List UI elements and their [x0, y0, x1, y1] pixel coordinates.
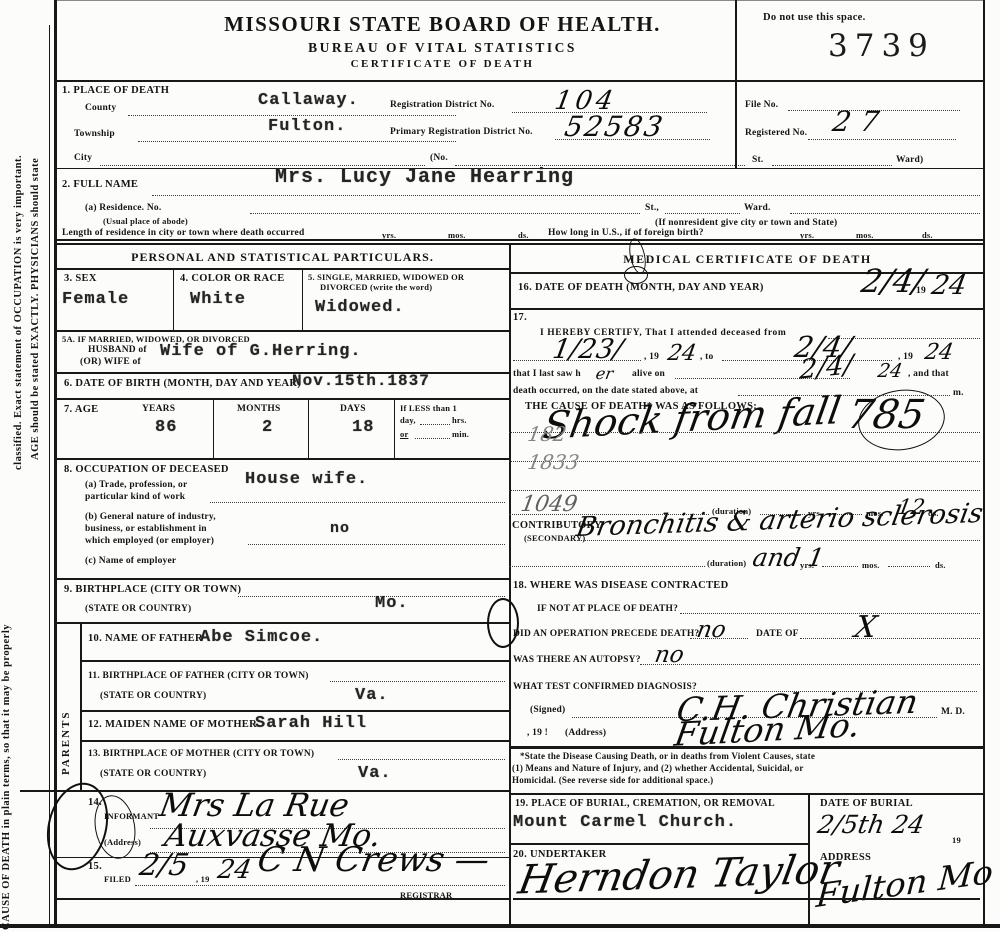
date-of-death-year: 24: [929, 270, 969, 301]
date-of-death-label: 16. DATE OF DEATH (MONTH, DAY AND YEAR): [518, 282, 764, 293]
form-border-right: [983, 0, 985, 928]
rule: [213, 398, 214, 458]
days-header: DAYS: [340, 404, 366, 414]
yrs-label: yrs.: [800, 560, 814, 570]
if-not-at-place-label: IF NOT AT PLACE OF DEATH?: [537, 604, 678, 614]
age-months-value: 2: [262, 418, 273, 437]
header-box-rule: [735, 0, 737, 80]
signed-label: (Signed): [530, 705, 565, 715]
industry-value: no: [330, 520, 350, 537]
rule: [80, 660, 510, 662]
test-label: WHAT TEST CONFIRMED DIAGNOSIS?: [513, 682, 697, 692]
personal-particulars-header: PERSONAL AND STATISTICAL PARTICULARS.: [60, 250, 505, 265]
age-label: 7. AGE: [64, 404, 98, 415]
residence-label: (a) Residence. No.: [85, 203, 161, 213]
rule: [513, 898, 980, 900]
mother-name-label: 12. MAIDEN NAME OF MOTHER: [88, 719, 257, 730]
rule: [302, 268, 303, 330]
printed-19: 19: [952, 835, 961, 845]
dotted-line: [509, 566, 705, 567]
last-saw-text-1: that I last saw h: [513, 369, 581, 379]
full-name-value: Mrs. Lucy Jane Hearring: [275, 166, 574, 189]
if-less-label: If LESS than 1: [400, 403, 457, 413]
industry-label-1: (b) General nature of industry,: [85, 512, 216, 522]
wife-of-label: (OR) WIFE of: [80, 357, 141, 367]
dotted-line: [338, 759, 505, 760]
city-label: City: [74, 153, 92, 163]
date-of-label: DATE OF: [756, 629, 799, 639]
full-name-label: 2. FULL NAME: [62, 179, 138, 190]
township-label: Township: [74, 129, 115, 139]
father-name-value: Abe Simcoe.: [200, 628, 323, 647]
do-not-use-note: Do not use this space.: [763, 12, 866, 23]
duration2-script: and 1: [750, 543, 826, 572]
age-years-value: 86: [155, 418, 177, 437]
industry-label-3: which employed (or employer): [85, 536, 214, 546]
cause-of-death-script: Shock from fall: [540, 388, 844, 447]
dotted-line: [509, 490, 980, 491]
length-residence-label: Length of residence in city or town wher…: [62, 228, 304, 238]
employer-label: (c) Name of employer: [85, 556, 176, 566]
last-saw-text-2: alive on: [632, 369, 665, 379]
dotted-line: [772, 165, 892, 166]
rule: [54, 458, 510, 460]
nonresident-note: (If nonresident give city or town and St…: [655, 218, 837, 228]
rule: [80, 710, 510, 712]
rule: [509, 843, 809, 845]
column-divider: [509, 243, 511, 924]
autopsy-label: WAS THERE AN AUTOPSY?: [513, 655, 641, 665]
section1-vertical-rule: [735, 80, 737, 168]
last-saw-text-3: , and that: [908, 369, 949, 379]
filed-year: 24: [215, 855, 253, 885]
date-of-birth-label: 6. DATE OF BIRTH (MONTH, DAY AND YEAR): [64, 378, 301, 389]
industry-label-2: business, or establishment in: [85, 524, 207, 534]
form-border-left: [54, 0, 57, 928]
min-label: min.: [452, 429, 469, 439]
md-label: M. D.: [941, 707, 965, 717]
printed-19: , 19: [644, 352, 659, 362]
rule: [54, 578, 510, 580]
form-border-top: [54, 0, 985, 1]
months-header: MONTHS: [237, 404, 280, 414]
dotted-line: [509, 461, 980, 462]
residence-ward-label: Ward.: [744, 203, 771, 213]
rule: [54, 622, 510, 624]
rule: [173, 268, 174, 330]
street-label: St.: [752, 155, 763, 165]
date-of-burial-value: 2/5th 24: [815, 810, 926, 839]
trade-label-2: particular kind of work: [85, 492, 185, 502]
last-saw-date: 2/4/: [799, 349, 854, 385]
dotted-line: [808, 139, 956, 140]
footnote-line-1: *State the Disease Causing Death, or in …: [520, 751, 815, 761]
filed-label: FILED: [104, 874, 131, 884]
margin-note-3: CAUSE OF DEATH in plain terms, so that i…: [1, 480, 12, 930]
operation-value: no: [695, 617, 728, 643]
dotted-line: [135, 885, 505, 886]
occupation-label: 8. OCCUPATION OF DECEASED: [64, 464, 229, 475]
attended-from-date: 1/23/: [550, 334, 625, 365]
dotted-line: [152, 195, 980, 196]
residence-st-label: St.,: [645, 203, 659, 213]
mother-name-value: Sarah Hill: [255, 714, 367, 733]
last-saw-her: er: [594, 364, 614, 383]
dotted-line: [822, 566, 858, 567]
signed-address-label: (Address): [565, 728, 606, 738]
margin-note-1: AGE should be stated EXACTLY. PHYSICIANS…: [30, 0, 41, 460]
township-value: Fulton.: [268, 117, 346, 136]
contributory-value: Bronchitis & arterio sclerosis: [574, 498, 986, 543]
husband-of-label: HUSBAND of: [88, 345, 147, 355]
house-no-label: (No.: [430, 153, 448, 163]
dotted-line: [128, 115, 456, 116]
marital-value: Widowed.: [315, 298, 405, 317]
or-label: or: [400, 429, 408, 439]
certify-number: 17.: [513, 312, 527, 323]
rule: [509, 793, 985, 795]
form-certificate-line: CERTIFICATE OF DEATH: [150, 58, 735, 70]
dotted-line: [250, 213, 640, 214]
place-of-burial-value: Mount Carmel Church.: [513, 813, 737, 832]
filed-19-label: , 19: [196, 874, 210, 884]
death-m-label: m.: [953, 388, 964, 398]
mother-birthplace-state-label: (STATE OR COUNTRY): [100, 769, 206, 779]
dotted-line: [888, 566, 930, 567]
date-of-birth-value: Nov.15th.1837: [292, 372, 430, 390]
to-label: , to: [700, 352, 713, 362]
header-bottom-rule: [54, 80, 985, 82]
double-rule-top: [54, 239, 985, 241]
dotted-line: [509, 432, 980, 433]
dotted-line: [690, 638, 748, 639]
filed-number: 15.: [88, 861, 102, 872]
rule: [54, 268, 510, 270]
how-long-us-label: How long in U.S., if of foreign birth?: [548, 228, 704, 238]
faint-stamp-code: 1833: [526, 450, 581, 474]
death-occurred-text: death occurred, on the date stated above…: [513, 386, 698, 396]
informant-address-label: (Address): [104, 837, 141, 847]
attended-from-year: 24: [666, 341, 698, 366]
county-value: Callaway.: [258, 91, 359, 110]
last-saw-year: 24: [876, 360, 904, 382]
mos-label: mos.: [862, 560, 880, 570]
dotted-line: [415, 438, 450, 439]
footnote-line-3: Homicidal. (See reverse side for additio…: [512, 775, 713, 785]
signed-date-label: , 19 !: [527, 728, 548, 738]
dotted-line: [210, 502, 505, 503]
hrs-label: hrs.: [452, 415, 467, 425]
rule: [54, 330, 510, 332]
years-header: YEARS: [142, 404, 175, 414]
registered-no-label: Registered No.: [745, 128, 807, 138]
footnote-line-2: (1) Means and Nature of Injury, and (2) …: [512, 763, 804, 773]
place-of-burial-label: 19. PLACE OF BURIAL, CREMATION, OR REMOV…: [515, 798, 775, 809]
form-title: MISSOURI STATE BOARD OF HEALTH.: [150, 12, 735, 37]
faint-stamp-code: 182: [526, 422, 568, 446]
dotted-line: [680, 613, 980, 614]
ds-label: ds.: [935, 560, 946, 570]
parents-label: PARENTS: [60, 655, 72, 775]
rule: [509, 746, 985, 749]
attended-to-year: 24: [923, 340, 955, 365]
dotted-line: [330, 681, 505, 682]
registration-district-label: Registration District No.: [390, 100, 494, 110]
rule: [394, 398, 395, 458]
father-birthplace-label: 11. BIRTHPLACE OF FATHER (CITY OR TOWN): [88, 671, 309, 681]
file-no-label: File No.: [745, 100, 778, 110]
dotted-line: [138, 141, 456, 142]
birthplace-value: Mo.: [375, 594, 409, 613]
trade-label-1: (a) Trade, profession, or: [85, 480, 187, 490]
sex-label: 3. SEX: [64, 273, 97, 284]
marital-label-2: DIVORCED (write the word): [320, 282, 432, 292]
death-certificate-document: AGE should be stated EXACTLY. PHYSICIANS…: [0, 0, 1000, 932]
date-of-burial-label: DATE OF BURIAL: [820, 798, 913, 809]
age-days-value: 18: [352, 418, 374, 437]
primary-district-value: 52583: [562, 110, 667, 143]
rule: [54, 372, 510, 374]
form-bureau: BUREAU OF VITAL STATISTICS: [150, 40, 735, 56]
registrar-signature: C N Crews —: [254, 840, 492, 880]
double-rule-bottom: [54, 243, 985, 245]
color-race-value: White: [190, 290, 246, 309]
filed-date: 2/5: [137, 848, 191, 883]
operation-date-value: X: [852, 610, 880, 645]
dotted-line: [575, 540, 980, 541]
dotted-line: [238, 596, 505, 597]
rule: [54, 898, 510, 900]
dotted-line: [420, 424, 450, 425]
dotted-line: [800, 638, 980, 639]
operation-label: DID AN OPERATION PRECEDE DEATH?: [513, 629, 699, 639]
father-name-label: 10. NAME OF FATHER: [88, 633, 203, 644]
undertaker-address-label: ADDRESS: [820, 852, 871, 863]
birthplace-label: 9. BIRTHPLACE (CITY OR TOWN): [64, 584, 241, 595]
father-birthplace-state-label: (STATE OR COUNTRY): [100, 691, 206, 701]
rule: [509, 308, 985, 310]
dotted-line: [640, 664, 980, 665]
sex-value: Female: [62, 290, 129, 309]
dotted-line: [790, 213, 980, 214]
rule: [54, 398, 510, 400]
rule: [80, 740, 510, 742]
primary-district-label: Primary Registration District No.: [390, 127, 533, 137]
mother-birthplace-label: 13. BIRTHPLACE OF MOTHER (CITY OR TOWN): [88, 749, 314, 759]
dotted-line: [665, 213, 740, 214]
ink-mark: [487, 598, 519, 648]
spouse-value: Wife of G.Herring.: [160, 342, 362, 361]
ward-label: Ward): [896, 155, 923, 165]
certificate-number: 3739: [828, 28, 935, 64]
printed-19: 19: [916, 286, 926, 296]
day-label: day,: [400, 415, 416, 425]
color-race-label: 4. COLOR OR RACE: [180, 273, 285, 284]
duration-label: (duration): [707, 558, 746, 568]
dotted-line: [248, 544, 505, 545]
form-border-bottom: [0, 924, 1000, 928]
abode-note: (Usual place of abode): [103, 216, 188, 226]
rule: [308, 398, 309, 458]
father-birthplace-value: Va.: [355, 686, 389, 705]
trade-value: House wife.: [245, 470, 368, 489]
marital-label-1: 5. SINGLE, MARRIED, WIDOWED OR: [308, 272, 464, 282]
parents-box-rule: [80, 622, 82, 792]
mother-birthplace-value: Va.: [358, 764, 392, 783]
place-of-death-label: 1. PLACE OF DEATH: [62, 85, 169, 96]
margin-note-2: classified. Exact statement of OCCUPATIO…: [13, 0, 24, 470]
registered-no-value: 27: [830, 105, 891, 138]
county-label: County: [85, 103, 116, 113]
disease-contracted-label: 18. WHERE WAS DISEASE CONTRACTED: [513, 580, 728, 591]
birthplace-state-label: (STATE OR COUNTRY): [85, 604, 191, 614]
